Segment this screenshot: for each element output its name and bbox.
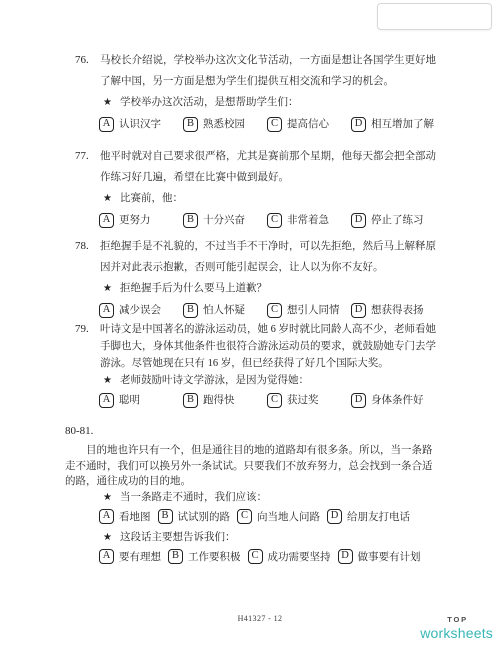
option-letter-a[interactable]: A: [99, 393, 114, 408]
option-76-c[interactable]: C 提高信心: [267, 114, 351, 135]
question-prompt: 比赛前，他：: [120, 188, 183, 209]
question-star-row: ★ 当一条路走不通时，我们应该：: [103, 490, 447, 506]
option-text: 想获得表扬: [371, 300, 424, 321]
option-text: 十分兴奋: [203, 210, 245, 231]
question-prompt: 老师鼓励叶诗文学游泳，是因为觉得她：: [120, 372, 309, 389]
option-text: 减少误会: [119, 300, 161, 321]
option-text: 怕人怀疑: [203, 300, 245, 321]
section-label: 80-81.: [65, 423, 447, 439]
passage-line: 了解中国，另一方面是想为学生们提供互相交流和学习的机会。: [100, 71, 495, 92]
question-star-row: ★ 比赛前，他：: [103, 188, 495, 209]
paragraph-line: 目的地也许只有一个，但是通往目的地的道路却有很多条。所以，当一条路: [65, 443, 447, 459]
option-letter-b[interactable]: B: [158, 509, 173, 524]
question-star-row: ★ 这段话主要想告诉我们：: [103, 530, 447, 546]
option-letter-d[interactable]: D: [351, 303, 366, 318]
option-78-a[interactable]: A 减少误会: [99, 300, 183, 321]
option-letter-c[interactable]: C: [248, 549, 263, 564]
logo-text-worksheets: worksheets: [420, 626, 493, 640]
option-letter-d[interactable]: D: [327, 509, 342, 524]
option-79-d[interactable]: D 身体条件好: [351, 392, 495, 409]
question-number: 79.: [75, 321, 100, 372]
option-letter-a[interactable]: A: [99, 303, 114, 318]
logo-text-top: TOP: [420, 616, 493, 624]
star-icon: ★: [103, 533, 112, 543]
option-76-d[interactable]: D 相互增加了解: [351, 114, 495, 135]
option-79-c[interactable]: C 获过奖: [267, 392, 351, 409]
option-80-b[interactable]: B 试试别的路: [158, 509, 231, 524]
option-78-d[interactable]: D 想获得表扬: [351, 300, 495, 321]
question-79: 79. 叶诗文是中国著名的游泳运动员，她 6 岁时就比同龄人高不少，老师看她 手…: [75, 321, 495, 410]
option-letter-d[interactable]: D: [351, 117, 366, 132]
option-78-c[interactable]: C 想引人同情: [267, 300, 351, 321]
option-letter-b[interactable]: B: [183, 303, 198, 318]
option-80-c[interactable]: C 向当地人问路: [237, 509, 320, 524]
passage-line: 拒绝握手是不礼貌的，不过当手不干净时，可以先拒绝，然后马上解释原: [100, 236, 495, 257]
option-text: 做事要有计划: [358, 549, 421, 564]
option-letter-d[interactable]: D: [351, 213, 366, 228]
options-row: A 看地图 B 试试别的路 C 向当地人问路 D 给朋友打电话: [99, 507, 447, 527]
question-number: 78.: [75, 236, 100, 278]
section-paragraph: 目的地也许只有一个，但是通往目的地的道路却有很多条。所以，当一条路 走不通时，我…: [65, 443, 447, 490]
options-row: A 减少误会 B 怕人怀疑 C 想引人同情 D 想获得表扬: [99, 300, 495, 320]
option-letter-a[interactable]: A: [99, 117, 114, 132]
option-77-a[interactable]: A 更努力: [99, 210, 183, 231]
sub-question-80: ★ 当一条路走不通时，我们应该： A 看地图 B 试试别的路 C 向当地人问路 …: [65, 490, 447, 527]
question-number: 77.: [75, 146, 100, 188]
option-77-c[interactable]: C 非常着急: [267, 210, 351, 231]
option-81-c[interactable]: C 成功需要坚持: [248, 549, 331, 564]
option-letter-c[interactable]: C: [267, 393, 282, 408]
passage-line: 作练习好几遍，希望在比赛中做到最好。: [100, 167, 495, 188]
question-prompt: 学校举办这次活动，是想帮助学生们：: [120, 92, 299, 113]
section-80-81: 80-81. 目的地也许只有一个，但是通往目的地的道路却有很多条。所以，当一条路…: [65, 423, 447, 567]
question-row: 77. 他平时就对自己要求很严格，尤其是赛前那个星期，他每天都会把全部动 作练习…: [75, 146, 495, 188]
question-prompt: 拒绝握手后为什么要马上道歉？: [120, 278, 267, 299]
option-80-a[interactable]: A 看地图: [99, 509, 151, 524]
option-text: 相互增加了解: [371, 114, 434, 135]
option-text: 工作要积极: [188, 549, 241, 564]
options-row: A 聪明 B 跑得快 C 获过奖 D 身体条件好: [99, 390, 495, 410]
option-letter-c[interactable]: C: [267, 117, 282, 132]
option-79-b[interactable]: B 跑得快: [183, 392, 267, 409]
option-letter-a[interactable]: A: [99, 213, 114, 228]
question-row: 79. 叶诗文是中国著名的游泳运动员，她 6 岁时就比同龄人高不少，老师看她 手…: [75, 321, 495, 372]
option-letter-b[interactable]: B: [168, 549, 183, 564]
option-letter-a[interactable]: A: [99, 509, 114, 524]
option-text: 更努力: [119, 210, 151, 231]
option-letter-a[interactable]: A: [99, 549, 114, 564]
option-letter-c[interactable]: C: [267, 213, 282, 228]
options-row: A 要有理想 B 工作要积极 C 成功需要坚持 D 做事要有计划: [99, 547, 447, 567]
option-letter-b[interactable]: B: [183, 393, 198, 408]
option-77-b[interactable]: B 十分兴奋: [183, 210, 267, 231]
option-76-a[interactable]: A 认识汉字: [99, 114, 183, 135]
passage-line: 叶诗文是中国著名的游泳运动员，她 6 岁时就比同龄人高不少，老师看她: [100, 321, 495, 338]
question-76: 76. 马校长介绍说，学校举办这次文化节活动，一方面是想让各国学生更好地 了解中…: [75, 50, 495, 134]
option-79-a[interactable]: A 聪明: [99, 392, 183, 409]
question-star-row: ★ 学校举办这次活动，是想帮助学生们：: [103, 92, 495, 113]
question-number: 76.: [75, 50, 100, 92]
question-prompt: 当一条路走不通时，我们应该：: [120, 490, 267, 506]
option-text: 给朋友打电话: [347, 509, 410, 524]
question-77: 77. 他平时就对自己要求很严格，尤其是赛前那个星期，他每天都会把全部动 作练习…: [75, 146, 495, 230]
star-icon: ★: [103, 376, 112, 386]
question-star-row: ★ 老师鼓励叶诗文学游泳，是因为觉得她：: [103, 372, 495, 389]
paragraph-line: 走不通时，我们可以换另外一条试试。只要我们不放弃努力，总会找到一条合适: [65, 459, 447, 475]
option-letter-d[interactable]: D: [338, 549, 353, 564]
question-star-row: ★ 拒绝握手后为什么要马上道歉？: [103, 278, 495, 299]
option-letter-b[interactable]: B: [183, 117, 198, 132]
question-passage: 他平时就对自己要求很严格，尤其是赛前那个星期，他每天都会把全部动 作练习好几遍，…: [100, 146, 495, 188]
option-text: 看地图: [119, 509, 151, 524]
option-letter-c[interactable]: C: [267, 303, 282, 318]
question-row: 76. 马校长介绍说，学校举办这次文化节活动，一方面是想让各国学生更好地 了解中…: [75, 50, 495, 92]
question-passage: 拒绝握手是不礼貌的，不过当手不干净时，可以先拒绝，然后马上解释原 因并对此表示抱…: [100, 236, 495, 278]
option-80-d[interactable]: D 给朋友打电话: [327, 509, 410, 524]
sub-question-81: ★ 这段话主要想告诉我们： A 要有理想 B 工作要积极 C 成功需要坚持 D …: [65, 530, 447, 567]
option-76-b[interactable]: B 熟悉校园: [183, 114, 267, 135]
option-text: 获过奖: [287, 392, 319, 409]
option-text: 提高信心: [287, 114, 329, 135]
star-icon: ★: [103, 493, 112, 503]
paragraph-line: 的路，通往成功的目的地。: [65, 474, 447, 490]
question-passage: 叶诗文是中国著名的游泳运动员，她 6 岁时就比同龄人高不少，老师看她 手脚也大，…: [100, 321, 495, 372]
question-row: 78. 拒绝握手是不礼貌的，不过当手不干净时，可以先拒绝，然后马上解释原 因并对…: [75, 236, 495, 278]
passage-line: 他平时就对自己要求很严格，尤其是赛前那个星期，他每天都会把全部动: [100, 146, 495, 167]
option-letter-c[interactable]: C: [237, 509, 252, 524]
option-text: 身体条件好: [371, 392, 424, 409]
option-81-a[interactable]: A 要有理想: [99, 549, 161, 564]
option-text: 认识汉字: [119, 114, 161, 135]
question-passage: 马校长介绍说，学校举办这次文化节活动，一方面是想让各国学生更好地 了解中国，另一…: [100, 50, 495, 92]
option-text: 试试别的路: [178, 509, 231, 524]
star-icon: ★: [103, 194, 112, 204]
topworksheets-logo: TOP worksheets: [420, 616, 493, 640]
options-row: A 更努力 B 十分兴奋 C 非常着急 D 停止了练习: [99, 210, 495, 230]
option-81-b[interactable]: B 工作要积极: [168, 549, 241, 564]
option-text: 想引人同情: [287, 300, 340, 321]
option-letter-b[interactable]: B: [183, 213, 198, 228]
option-78-b[interactable]: B 怕人怀疑: [183, 300, 267, 321]
question-prompt: 这段话主要想告诉我们：: [120, 530, 236, 546]
option-text: 成功需要坚持: [268, 549, 331, 564]
options-row: A 认识汉字 B 熟悉校园 C 提高信心 D 相互增加了解: [99, 114, 495, 134]
option-77-d[interactable]: D 停止了练习: [351, 210, 495, 231]
option-text: 要有理想: [119, 549, 161, 564]
option-text: 熟悉校园: [203, 114, 245, 135]
header-blank-field[interactable]: [377, 3, 492, 30]
passage-line: 手脚也大，身体其他条件也很符合游泳运动员的要求，就鼓励她专门去学: [100, 338, 495, 355]
option-text: 跑得快: [203, 392, 235, 409]
question-78: 78. 拒绝握手是不礼貌的，不过当手不干净时，可以先拒绝，然后马上解释原 因并对…: [75, 236, 495, 320]
option-text: 向当地人问路: [257, 509, 320, 524]
option-81-d[interactable]: D 做事要有计划: [338, 549, 421, 564]
option-text: 停止了练习: [371, 210, 424, 231]
option-letter-d[interactable]: D: [351, 393, 366, 408]
option-text: 非常着急: [287, 210, 329, 231]
option-text: 聪明: [119, 392, 140, 409]
star-icon: ★: [103, 284, 112, 294]
star-icon: ★: [103, 98, 112, 108]
passage-line: 游泳。尽管她现在只有 16 岁，但已经获得了好几个国际大奖。: [100, 355, 495, 372]
passage-line: 马校长介绍说，学校举办这次文化节活动，一方面是想让各国学生更好地: [100, 50, 495, 71]
passage-line: 因并对此表示抱歉，否则可能引起误会，让人以为你不友好。: [100, 257, 495, 278]
